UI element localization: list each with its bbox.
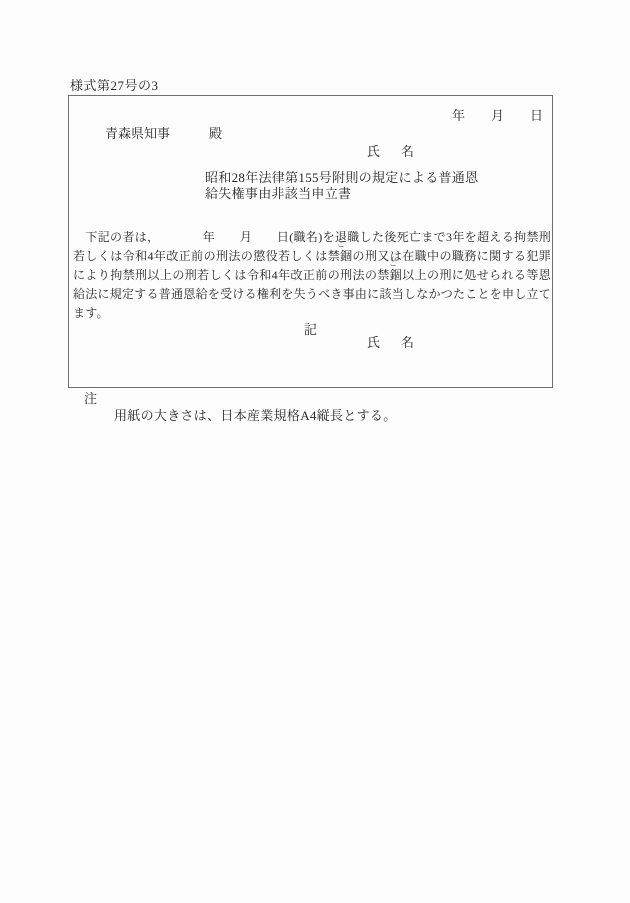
body-paragraph: 下記の者は， 年 月 日(職名)を退職した後死亡まで3年を超える拘禁刑 若しくは… bbox=[73, 228, 551, 323]
name-label-bottom: 氏 名 bbox=[367, 335, 418, 350]
note-text: 用紙の大きさは、日本産業規格A4縦長とする。 bbox=[114, 408, 397, 423]
ki-heading: 記 bbox=[69, 322, 552, 337]
name-label-top: 氏 名 bbox=[367, 144, 418, 159]
furigana-ko-annotation-2: こ bbox=[389, 260, 397, 268]
title-line-2: 給失権事由非該当申立書 bbox=[205, 186, 478, 202]
body-line-2: 若しくは令和4年改正前の刑法の懲役若しくは禁錮の刑又は在職中の職務に関する犯罪 bbox=[73, 247, 551, 266]
form-border-box: 年 月 日 青森県知事 殿 氏 名 昭和28年法律第155号附則の規定による普通… bbox=[68, 95, 553, 388]
note-label: 注 bbox=[84, 391, 97, 406]
document-title: 昭和28年法律第155号附則の規定による普通恩 給失権事由非該当申立書 bbox=[205, 170, 478, 202]
document-page: 様式第27号の3 年 月 日 青森県知事 殿 氏 名 昭和28年法律第155号附… bbox=[0, 0, 630, 903]
body-line-5: ます。 bbox=[73, 304, 551, 323]
form-number: 様式第27号の3 bbox=[70, 78, 159, 93]
title-line-1: 昭和28年法律第155号附則の規定による普通恩 bbox=[205, 170, 478, 186]
date-blank-line: 年 月 日 bbox=[452, 108, 543, 123]
body-line-3: により拘禁刑以上の刑若しくは令和4年改正前の刑法の禁錮以上の刑に処せられる等恩 bbox=[73, 266, 551, 285]
body-line-4: 給法に規定する普通恩給を受ける権利を失うべき事由に該当しなかつたことを申し立て bbox=[73, 285, 551, 304]
addressee-line: 青森県知事 殿 bbox=[105, 126, 222, 141]
body-line-1: 下記の者は， 年 月 日(職名)を退職した後死亡まで3年を超える拘禁刑 bbox=[73, 228, 551, 247]
furigana-ko-annotation-1: こ bbox=[337, 241, 345, 249]
